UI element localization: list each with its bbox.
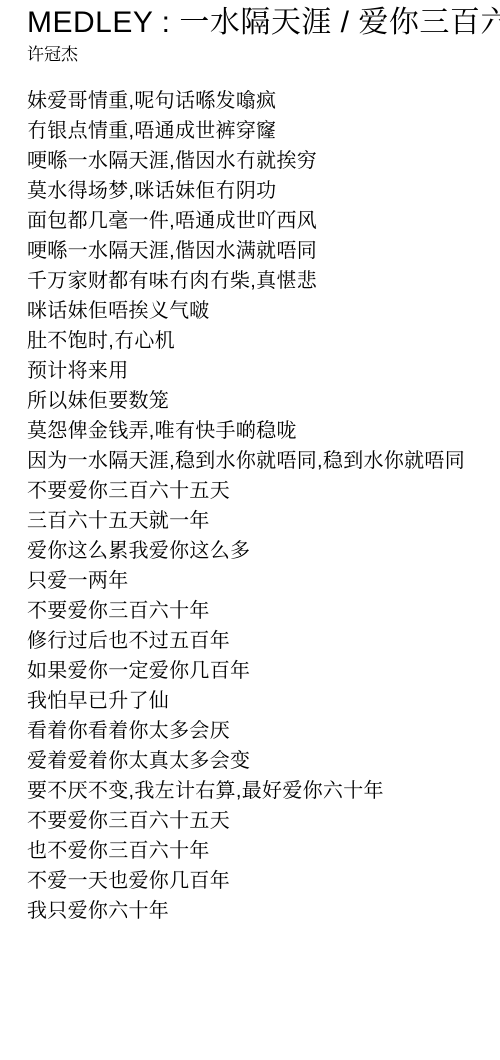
lyric-line: 也不爱你三百六十年 xyxy=(27,836,500,866)
lyric-line: 千万家财都有味冇肉冇柴,真愖悲 xyxy=(27,266,500,296)
lyric-line: 哽喺一水隔天涯,偕因水冇就挨穷 xyxy=(27,146,500,176)
artist-name: 许冠杰 xyxy=(27,43,500,67)
lyric-line: 不爱一天也爱你几百年 xyxy=(27,866,500,896)
lyric-line: 不要爱你三百六十五天 xyxy=(27,476,500,506)
lyric-line: 冇银点情重,唔通成世裤穿窿 xyxy=(27,116,500,146)
lyric-line: 爱你这么累我爱你这么多 xyxy=(27,536,500,566)
lyric-line: 如果爱你一定爱你几百年 xyxy=(27,656,500,686)
lyric-line: 肚不饱时,冇心机 xyxy=(27,326,500,356)
lyrics-page: MEDLEY : 一水隔天涯 / 爱你三百六十五天 许冠杰 妹爱哥情重,呢句话喺… xyxy=(0,0,500,1060)
lyric-line: 看着你看着你太多会厌 xyxy=(27,716,500,746)
lyric-line: 面包都几毫一件,唔通成世吖西风 xyxy=(27,206,500,236)
lyric-line: 莫水得场梦,咪话妹佢冇阴功 xyxy=(27,176,500,206)
lyric-line: 预计将来用 xyxy=(27,356,500,386)
lyric-line: 只爱一两年 xyxy=(27,566,500,596)
lyric-line: 哽喺一水隔天涯,偕因水满就唔同 xyxy=(27,236,500,266)
lyric-line: 莫怨俾金钱弄,唯有快手啲稳咙 xyxy=(27,416,500,446)
lyric-line: 我怕早已升了仙 xyxy=(27,686,500,716)
lyric-line: 爱着爱着你太真太多会变 xyxy=(27,746,500,776)
song-title: MEDLEY : 一水隔天涯 / 爱你三百六十五天 xyxy=(27,0,500,43)
lyric-line: 三百六十五天就一年 xyxy=(27,506,500,536)
lyric-line: 不要爱你三百六十五天 xyxy=(27,806,500,836)
lyric-line: 修行过后也不过五百年 xyxy=(27,626,500,656)
lyric-line: 我只爱你六十年 xyxy=(27,896,500,926)
lyrics-block: 妹爱哥情重,呢句话喺发噏疯冇银点情重,唔通成世裤穿窿哽喺一水隔天涯,偕因水冇就挨… xyxy=(27,86,500,926)
lyric-line: 妹爱哥情重,呢句话喺发噏疯 xyxy=(27,86,500,116)
lyric-line: 因为一水隔天涯,稳到水你就唔同,稳到水你就唔同 xyxy=(27,446,500,476)
lyric-line: 不要爱你三百六十年 xyxy=(27,596,500,626)
lyric-line: 所以妹佢要数笼 xyxy=(27,386,500,416)
lyric-line: 咪话妹佢唔挨义气啵 xyxy=(27,296,500,326)
lyric-line: 要不厌不变,我左计右算,最好爱你六十年 xyxy=(27,776,500,806)
